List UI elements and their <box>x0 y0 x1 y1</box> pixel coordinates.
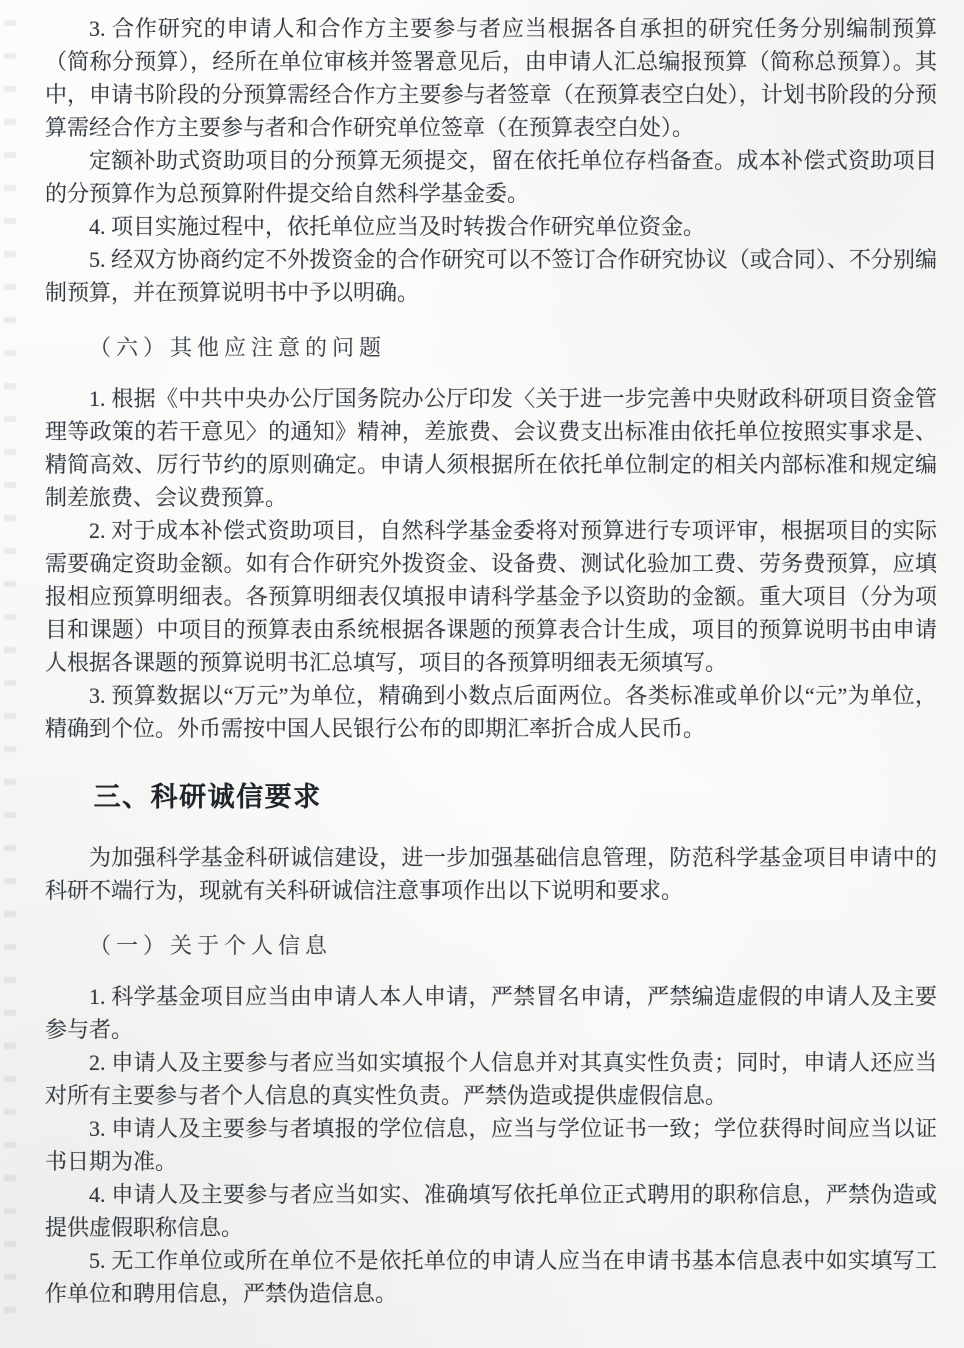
paragraph-degree-info: 3. 申请人及主要参与者填报的学位信息，应当与学位证书一致；学位获得时间应当以证… <box>45 1112 937 1178</box>
section-heading-research-integrity: 三、科研诚信要求 <box>45 779 937 815</box>
paragraph-truthful-personal-info: 2. 申请人及主要参与者应当如实填报个人信息并对其真实性负责；同时，申请人还应当… <box>45 1046 937 1112</box>
paragraph-no-outbound-funds: 5. 经双方协商约定不外拨资金的合作研究可以不签订合作研究协议（或合同）、不分别… <box>45 243 937 309</box>
paragraph-travel-meeting-fees: 1. 根据《中共中央办公厅国务院办公厅印发〈关于进一步完善中央财政科研项目资金管… <box>45 382 937 514</box>
paragraph-job-title-info: 4. 申请人及主要参与者应当如实、准确填写依托单位正式聘用的职称信息，严禁伪造或… <box>45 1178 937 1244</box>
document-page: 3. 合作研究的申请人和合作方主要参与者应当根据各自承担的研究任务分别编制预算（… <box>0 0 964 1348</box>
paragraph-budget-units: 3. 预算数据以“万元”为单位，精确到小数点后面两位。各类标准或单价以“元”为单… <box>45 679 937 745</box>
scan-edge-artifact <box>4 20 16 1320</box>
subsection-heading-other-issues: （六）其他应注意的问题 <box>45 331 937 364</box>
paragraph-coop-budget-compilation: 3. 合作研究的申请人和合作方主要参与者应当根据各自承担的研究任务分别编制预算（… <box>45 12 937 144</box>
paragraph-fixed-subsidy-subbudget: 定额补助式资助项目的分预算无须提交，留在依托单位存档备查。成本补偿式资助项目的分… <box>45 144 937 210</box>
paragraph-apply-in-person: 1. 科学基金项目应当由申请人本人申请，严禁冒名申请，严禁编造虚假的申请人及主要… <box>45 980 937 1046</box>
paragraph-cost-compensation-review: 2. 对于成本补偿式资助项目，自然科学基金委将对预算进行专项评审，根据项目的实际… <box>45 514 937 679</box>
subsection-heading-personal-info: （一）关于个人信息 <box>45 929 937 962</box>
paragraph-integrity-intro: 为加强科学基金科研诚信建设，进一步加强基础信息管理，防范科学基金项目申请中的科研… <box>45 841 937 907</box>
paragraph-no-work-unit: 5. 无工作单位或所在单位不是依托单位的申请人应当在申请书基本信息表中如实填写工… <box>45 1244 937 1310</box>
document-body: 3. 合作研究的申请人和合作方主要参与者应当根据各自承担的研究任务分别编制预算（… <box>45 12 937 1310</box>
paragraph-fund-transfer: 4. 项目实施过程中，依托单位应当及时转拨合作研究单位资金。 <box>45 210 937 243</box>
